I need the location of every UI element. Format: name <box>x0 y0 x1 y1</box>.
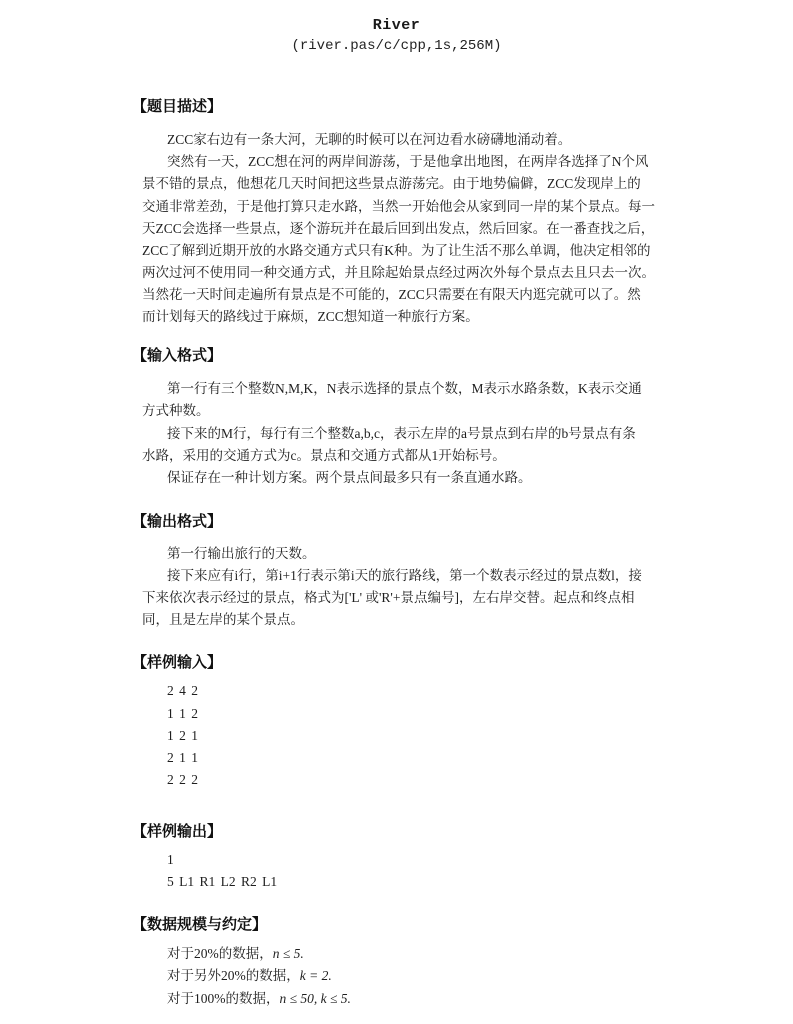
output-format-line: 同，且是左岸的某个景点。 <box>142 608 304 628</box>
sample-input-line: 2 4 2 <box>167 683 198 699</box>
problem-title: River <box>0 17 793 34</box>
input-format-line: 水路，采用的交通方式为c。景点和交通方式都从1开始标号。 <box>142 444 506 464</box>
constraint-line: 对于另外20%的数据，k = 2. <box>167 964 332 984</box>
constraint-math: n ≤ 5. <box>273 946 304 961</box>
section-heading-sample-output: 【样例输出】 <box>132 820 222 841</box>
sample-input-line: 1 1 2 <box>167 706 198 722</box>
constraint-math: n ≤ 50, k ≤ 5. <box>280 991 351 1006</box>
sample-input-line: 1 2 1 <box>167 728 198 744</box>
sample-output-line: 1 <box>167 852 174 868</box>
output-format-line: 下来依次表示经过的景点，格式为['L' 或'R'+景点编号]，左右岸交替。起点和… <box>142 586 634 606</box>
input-format-line: 接下来的M行，每行有三个整数a,b,c，表示左岸的a号景点到右岸的b号景点有条 <box>167 422 636 442</box>
sample-input-line: 2 2 2 <box>167 772 198 788</box>
constraint-text: 对于20%的数据， <box>167 946 273 961</box>
description-line: 两次过河不使用同一种交通方式，并且除起始景点经过两次外每个景点去且只去一次。 <box>142 261 655 281</box>
constraint-text: 对于100%的数据， <box>167 991 280 1006</box>
constraint-line: 对于100%的数据，n ≤ 50, k ≤ 5. <box>167 987 351 1007</box>
section-heading-constraints: 【数据规模与约定】 <box>132 913 267 934</box>
output-format-line: 接下来应有i行，第i+1行表示第i天的旅行路线，第一个数表示经过的景点数l，接 <box>167 564 642 584</box>
description-line: 突然有一天，ZCC想在河的两岸间游荡，于是他拿出地图，在两岸各选择了N个风 <box>167 150 649 170</box>
section-heading-input-format: 【输入格式】 <box>132 344 222 365</box>
description-line: 当然花一天时间走遍所有景点是不可能的，ZCC只需要在有限天内逛完就可以了。然 <box>142 283 641 303</box>
description-line: ZCC了解到近期开放的水路交通方式只有K种。为了让生活不那么单调，他决定相邻的 <box>142 239 651 259</box>
section-heading-sample-input: 【样例输入】 <box>132 651 222 672</box>
description-line: 天ZCC会选择一些景点，逐个游玩并在最后回到出发点，然后回家。在一番查找之后， <box>142 217 654 237</box>
section-heading-output-format: 【输出格式】 <box>132 510 222 531</box>
constraint-text: 对于另外20%的数据， <box>167 968 300 983</box>
description-line: ZCC家右边有一条大河，无聊的时候可以在河边看水磅礴地涌动着。 <box>167 128 571 148</box>
output-format-line: 第一行输出旅行的天数。 <box>167 542 316 562</box>
section-heading-description: 【题目描述】 <box>132 95 222 116</box>
description-line: 而计划每天的路线过于麻烦，ZCC想知道一种旅行方案。 <box>142 305 479 325</box>
constraint-line: 对于20%的数据，n ≤ 5. <box>167 942 304 962</box>
input-format-line: 第一行有三个整数N,M,K，N表示选择的景点个数，M表示水路条数，K表示交通 <box>167 377 642 397</box>
description-line: 景不错的景点，他想花几天时间把这些景点游荡完。由于地势偏僻，ZCC发现岸上的 <box>142 172 641 192</box>
description-line: 交通非常差劲，于是他打算只走水路，当然一开始他会从家到同一岸的某个景点。每一 <box>142 195 655 215</box>
input-format-line: 保证存在一种计划方案。两个景点间最多只有一条直通水路。 <box>167 466 532 486</box>
sample-input-line: 2 1 1 <box>167 750 198 766</box>
sample-output-line: 5 L1 R1 L2 R2 L1 <box>167 874 277 890</box>
problem-subtitle: (river.pas/c/cpp,1s,256M) <box>0 38 793 54</box>
input-format-line: 方式种数。 <box>142 399 210 419</box>
constraint-math: k = 2. <box>300 968 332 983</box>
